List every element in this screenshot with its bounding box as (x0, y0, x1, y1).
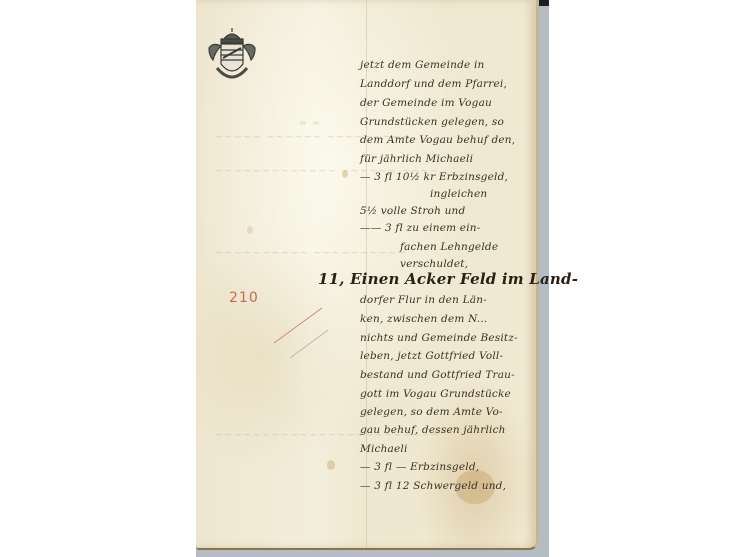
paper-stain (247, 226, 253, 234)
manuscript-line: gott im Vogau Grundstücke (360, 388, 511, 400)
manuscript-line: — 3 fl — Erbzinsgeld, (360, 461, 479, 473)
bleed-through-text: ≈ ≈ (215, 118, 322, 129)
margin-page-number: 210 (229, 290, 259, 306)
manuscript-line: — 3 fl 10½ kr Erbzinsgeld, (360, 171, 508, 183)
pencil-strokes (270, 290, 330, 360)
section-heading-line: 11, Einen Acker Feld im Land- (318, 270, 578, 288)
manuscript-line: gau behuf, dessen jährlich (360, 424, 506, 436)
manuscript-line: dorfer Flur in den Län- (360, 294, 487, 306)
paper-stain (327, 460, 335, 470)
manuscript-line: fachen Lehngelde (400, 241, 498, 253)
manuscript-line: Michaeli (360, 443, 408, 455)
manuscript-line: gelegen, so dem Amte Vo- (360, 406, 503, 418)
manuscript-line: bestand und Gottfried Trau- (360, 369, 515, 381)
manuscript-line: ingleichen (430, 188, 487, 200)
manuscript-line: jetzt dem Gemeinde in (360, 59, 485, 71)
manuscript-line: der Gemeinde im Vogau (360, 97, 492, 109)
manuscript-line: verschuldet, (400, 258, 468, 270)
manuscript-line: 5½ volle Stroh und (360, 205, 465, 217)
manuscript-line: leben, jetzt Gottfried Voll- (360, 350, 503, 362)
manuscript-line: — 3 fl 12 Schwergeld und, (360, 480, 506, 492)
manuscript-line: Grundstücken gelegen, so (360, 116, 504, 128)
coat-of-arms-icon (203, 26, 261, 88)
manuscript-line: —— 3 fl zu einem ein- (360, 222, 481, 234)
manuscript-line: nichts und Gemeinde Besitz- (360, 332, 518, 344)
bleed-through-text: ~~~~~~~~~~ ~~~~~~~~~~ (215, 248, 407, 259)
manuscript-line: Landdorf und dem Pfarrei, (360, 78, 507, 90)
manuscript-line: dem Amte Vogau behuf den, (360, 134, 515, 146)
manuscript-line: ken, zwischen dem N... (360, 313, 487, 325)
manuscript-line: für jährlich Michaeli (360, 153, 473, 165)
